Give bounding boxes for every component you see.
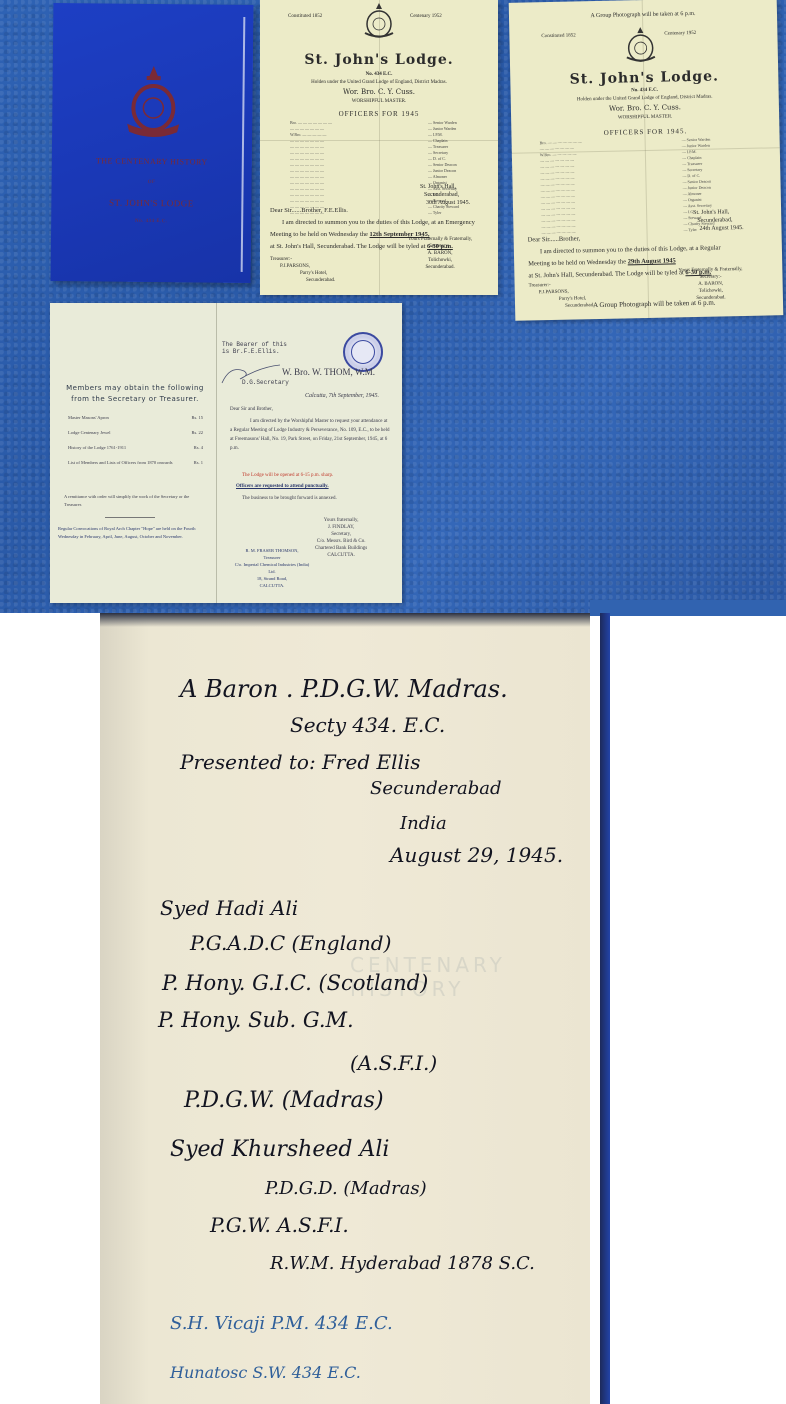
meeting-date: 29th August 1945 bbox=[628, 257, 676, 265]
price-row: List of Members and Lists of Officers fr… bbox=[68, 460, 203, 465]
inscription-line: A Baron . P.D.G.W. Madras. bbox=[180, 675, 508, 703]
book-of: OF bbox=[52, 179, 252, 186]
treasurer-city: Secunderabad. bbox=[529, 302, 594, 310]
inscription-line: Syed Hadi Ali bbox=[160, 896, 298, 920]
treasurer-block: Treasurer:- P.J.PARSONS, Parry's Hotel, … bbox=[270, 256, 335, 284]
centenary-text: Centenary 1952 bbox=[664, 31, 696, 37]
letter-body: I am directed by the Worshipful Master t… bbox=[230, 417, 390, 453]
inscription-line: P.D.G.W. (Madras) bbox=[184, 1088, 384, 1113]
lodge-number: No. 434 E.C. bbox=[260, 72, 498, 77]
body-line-2: Meeting to be held on Wednesday the bbox=[270, 231, 368, 238]
treasurer-title: Treasurer bbox=[232, 554, 312, 561]
place-date: Calcutta, 7th September, 1945. bbox=[305, 393, 379, 399]
secretary-name: J. FINDLAY, bbox=[315, 524, 367, 531]
treasurer-label: Treasurer:- bbox=[270, 256, 335, 263]
price-value: Rs. 15 bbox=[191, 415, 203, 420]
bearer-note: The Bearer of this is Br.F.E.Ellis. bbox=[222, 341, 287, 355]
centenary-text: Centenary 1952 bbox=[410, 14, 442, 19]
members-heading-line-1: Members may obtain the following bbox=[60, 383, 210, 394]
members-heading-line-2: from the Secretary or Treasurer. bbox=[60, 394, 210, 405]
signature-icon bbox=[220, 361, 290, 387]
top-photo-background: THE CENTENARY HISTORY OF ST. JOHN'S LODG… bbox=[0, 0, 786, 613]
inscription-line: P. Hony. G.I.C. (Scotland) bbox=[162, 971, 428, 995]
inscription-line: (A.S.F.I.) bbox=[350, 1051, 437, 1075]
inscription-line: Presented to: Fred Ellis bbox=[180, 750, 421, 774]
inscription-line: P. Hony. Sub. G.M. bbox=[158, 1008, 354, 1032]
secretary-name: A. BARON, bbox=[408, 250, 472, 257]
lodge-stamp-icon bbox=[343, 332, 383, 372]
body-line-3: at St. John's Hall, Secunderabad. The Lo… bbox=[270, 243, 425, 250]
calcutta-lodge-letter: Members may obtain the following from th… bbox=[50, 303, 402, 603]
treasurer-address-2: 18, Strand Road, bbox=[232, 575, 312, 582]
price-item: Master Masons' Apron bbox=[68, 415, 109, 420]
bearer-line-2: is Br.F.E.Ellis. bbox=[222, 348, 287, 355]
members-heading: Members may obtain the following from th… bbox=[60, 383, 210, 405]
body-line-2: Meeting to be held on Wednesday the bbox=[528, 258, 626, 267]
inscription-line: Syed Khursheed Ali bbox=[170, 1137, 389, 1162]
officers-heading: OFFICERS FOR 1945 bbox=[260, 110, 498, 118]
constituted-text: Constituted 1852 bbox=[288, 14, 322, 19]
price-item: History of the Lodge 1761-1911 bbox=[68, 445, 126, 450]
body-line-1: I am directed to summon you to the dutie… bbox=[270, 217, 492, 229]
summons-sheet-regular: A Group Photograph will be taken at 6 p.… bbox=[509, 0, 784, 321]
secretary-block: Yours Fraternally & Fraternally, Secreta… bbox=[678, 266, 743, 302]
salutation: Dear Sir and Brother, bbox=[230, 407, 273, 412]
treasurer-name: P.J.PARSONS, bbox=[270, 263, 335, 270]
inscription-page: CENTENARY HISTORY A Baron . P.D.G.W. Mad… bbox=[100, 613, 590, 1404]
treasurer-address: Parry's Hotel, bbox=[270, 270, 335, 277]
inscription-line: Hunatosc S.W. 434 E.C. bbox=[170, 1363, 361, 1382]
book-number: No. 434 E.C. bbox=[51, 218, 251, 225]
treasurer-block: Treasurer:- P.J.PARSONS, Parry's Hotel, … bbox=[529, 281, 595, 310]
officer-names-list: Bro. — — — — — — —— — — — — — —W.Bro. — … bbox=[290, 120, 332, 216]
lodge-name: St. John's Lodge. bbox=[260, 52, 498, 68]
inscription-line: August 29, 1945. bbox=[390, 843, 563, 867]
body-line-3: at St. John's Hall, Secunderabad. The Lo… bbox=[528, 269, 684, 279]
inscription-line: S.H. Vicaji P.M. 434 E.C. bbox=[170, 1313, 393, 1334]
price-row: Lodge Centenary JewelRs. 22 bbox=[68, 430, 203, 435]
city: Secunderabad, bbox=[420, 191, 470, 199]
price-value: Rs. 1 bbox=[194, 460, 203, 465]
worshipful-master: Wor. Bro. C. Y. Cuss. bbox=[260, 88, 498, 96]
inscription-line: Secunderabad bbox=[370, 778, 502, 799]
closing: Yours fraternally, bbox=[315, 517, 367, 524]
book-lodge: ST. JOHN'S LODGE bbox=[51, 197, 251, 209]
masonic-crest-icon bbox=[124, 64, 183, 145]
book-title: THE CENTENARY HISTORY bbox=[52, 156, 252, 167]
business-notice: The business to be brought forward is an… bbox=[242, 496, 337, 501]
summons-sheet-emergency: Constituted 1852 Centenary 1952 St. John… bbox=[260, 0, 498, 295]
remittance-note: A remittance with order will simplify th… bbox=[64, 493, 204, 509]
venue: St. John's Hall, bbox=[420, 183, 470, 191]
secretary-label: Secretary:- bbox=[408, 243, 472, 250]
treasurer-block: R. M. FRASER THOMSON, Treasurer C/o. Imp… bbox=[232, 547, 312, 589]
inscription-line: P.D.G.D. (Madras) bbox=[265, 1178, 427, 1199]
lodge-crest-icon bbox=[362, 2, 396, 42]
price-row: History of the Lodge 1761-1911Rs. 4 bbox=[68, 445, 203, 450]
secretary-block: Yours fraternally, J. FINDLAY, Secretary… bbox=[315, 517, 367, 559]
worshipful-master: W. Bro. W. THOM, W.M. bbox=[282, 367, 375, 377]
lodge-crest-icon bbox=[623, 26, 658, 67]
inscription-line: India bbox=[400, 813, 447, 834]
salutation: Dear Sir......Brother, F.E.Ellis. bbox=[270, 205, 492, 217]
secretary-block: Yours Fraternally & Fraternally, Secreta… bbox=[408, 236, 472, 271]
bearer-line-1: The Bearer of this bbox=[222, 341, 287, 348]
secretary-address-3: CALCUTTA. bbox=[315, 552, 367, 559]
inscription-line: Secty 434. E.C. bbox=[290, 713, 445, 737]
treasurer-city: Secunderabad. bbox=[270, 277, 335, 284]
treasurer-address-1: C/o. Imperial Chemical Industries (India… bbox=[232, 561, 312, 575]
master-title: WORSHIPFUL MASTER. bbox=[260, 99, 498, 104]
price-item: Lodge Centenary Jewel bbox=[68, 430, 110, 435]
officer-names-list: Bro. — — — — — — —— — — — — — —W.Bro. — … bbox=[540, 139, 584, 236]
holden-text: Holden under the United Grand Lodge of E… bbox=[260, 80, 498, 85]
secretary-address: Tolichowki, bbox=[408, 257, 472, 264]
secretary-city: Secunderabad. bbox=[408, 264, 472, 271]
chapter-note: Regular Convocations of Royal Arch Chapt… bbox=[58, 525, 208, 541]
inscription-line: P.G.W. A.S.F.I. bbox=[210, 1213, 349, 1237]
treasurer-name: R. M. FRASER THOMSON, bbox=[232, 547, 312, 554]
treasurer-address-3: CALCUTTA. bbox=[232, 582, 312, 589]
officers-notice: Officers are requested to attend punctua… bbox=[236, 484, 329, 489]
closing: Yours Fraternally & Fraternally, bbox=[408, 236, 472, 243]
secretary-title: Secretary, bbox=[315, 531, 367, 538]
inscription-line: P.G.A.D.C (England) bbox=[190, 931, 391, 955]
centenary-history-book: THE CENTENARY HISTORY OF ST. JOHN'S LODG… bbox=[51, 3, 254, 283]
constituted-text: Constituted 1852 bbox=[541, 33, 575, 39]
opening-notice: The Lodge will be opened at 6-15 p.m. sh… bbox=[242, 473, 333, 478]
background-blue-strip bbox=[590, 600, 786, 616]
venue-block: St. John's Hall, Secunderabad, 30th Augu… bbox=[420, 183, 470, 207]
book-cover-edge bbox=[600, 613, 610, 1404]
price-item: List of Members and Lists of Officers fr… bbox=[68, 460, 173, 465]
secretary-address-1: C/o. Messrs. Bird & Co. bbox=[315, 538, 367, 545]
inscription-line: R.W.M. Hyderabad 1878 S.C. bbox=[270, 1253, 535, 1274]
price-row: Master Masons' ApronRs. 15 bbox=[68, 415, 203, 420]
secretary-address-2: Chartered Bank Buildings bbox=[315, 545, 367, 552]
price-value: Rs. 4 bbox=[194, 445, 203, 450]
price-value: Rs. 22 bbox=[191, 430, 203, 435]
photo-notice-bottom: A Group Photograph will be taken at 6 p.… bbox=[593, 299, 716, 310]
